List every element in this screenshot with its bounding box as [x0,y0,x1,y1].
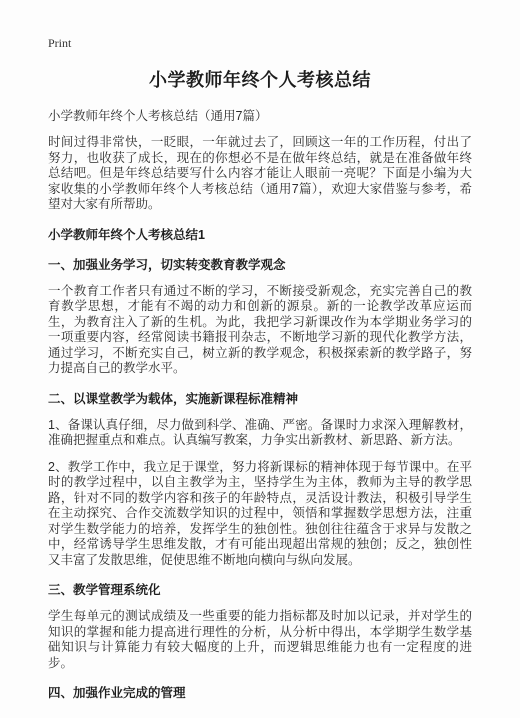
section-3-paragraph: 学生每单元的测试成绩及一些重要的能力指标都及时加以记录，并对学生的知识的掌握和能… [48,609,472,671]
document-subtitle: 小学教师年终个人考核总结（通用7篇） [48,108,472,124]
section-heading-2: 二、以课堂教学为载体，实施新课程标准精神 [48,391,472,407]
section-heading-3: 三、教学管理系统化 [48,582,472,598]
intro-paragraph: 时间过得非常快，一眨眼，一年就过去了，回顾这一年的工作历程，付出了努力，也收获了… [48,135,472,213]
section-heading-summary-1: 小学教师年终个人考核总结1 [48,227,472,243]
section-1-paragraph: 一个教育工作者只有通过不断的学习，不断接受新观念，充实完善自己的教育教学思想，才… [48,284,472,377]
section-heading-1: 一、加强业务学习，切实转变教育教学观念 [48,257,472,273]
document-page: Print 小学教师年终个人考核总结 小学教师年终个人考核总结（通用7篇） 时间… [0,0,520,718]
print-link[interactable]: Print [48,36,71,50]
page-title: 小学教师年终个人考核总结 [48,68,472,92]
section-2-paragraph-1: 1、备课认真仔细，尽力做到科学、准确、严密。备课时力求深入理解教材，准确把握重点… [48,418,472,449]
section-heading-4: 四、加强作业完成的管理 [48,685,472,701]
section-2-paragraph-2: 2、教学工作中，我立足于课堂，努力将新课标的精神体现于每节课中。在平时的教学过程… [48,460,472,569]
